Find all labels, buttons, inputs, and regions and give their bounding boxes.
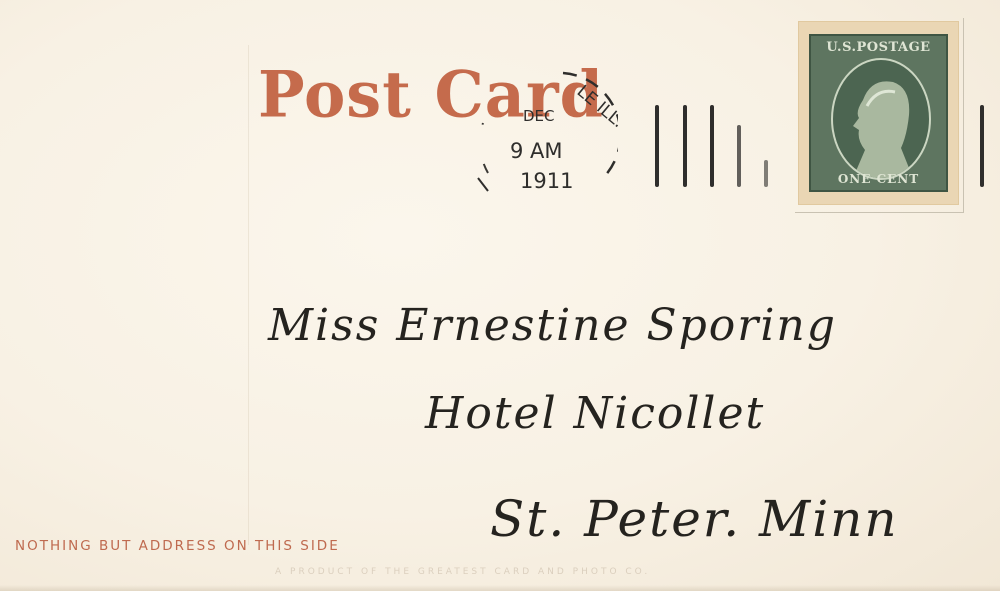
postmark-year: 1911 [520, 169, 573, 193]
faint-divider [248, 45, 249, 545]
postmark-date: DEC [523, 107, 555, 125]
stamp-top-text: U.S.POSTAGE [811, 40, 946, 55]
postmark-city: LE ILL. [573, 82, 618, 133]
address-side-note: NOTHING BUT ADDRESS ON THIS SIDE [15, 538, 340, 554]
postmark-time: 9 AM [510, 139, 563, 163]
stamp-bottom-text: ONE CENT [811, 172, 946, 186]
postmark-icon: LE ILL. DEC 9 AM 1911 [468, 63, 618, 213]
address-line-city: St. Peter. Minn [490, 490, 899, 548]
publisher-imprint: A PRODUCT OF THE GREATEST CARD AND PHOTO… [275, 567, 650, 577]
franklin-profile-icon [831, 58, 931, 180]
address-line-hotel: Hotel Nicollet [425, 388, 765, 439]
address-line-recipient: Miss Ernestine Sporing [268, 300, 837, 351]
card-edge [0, 585, 1000, 591]
postage-stamp: U.S.POSTAGE ONE CENT [799, 22, 958, 204]
postcard-back: Post Card LE ILL. DEC 9 AM 1911 U.S.POST… [0, 0, 1000, 591]
